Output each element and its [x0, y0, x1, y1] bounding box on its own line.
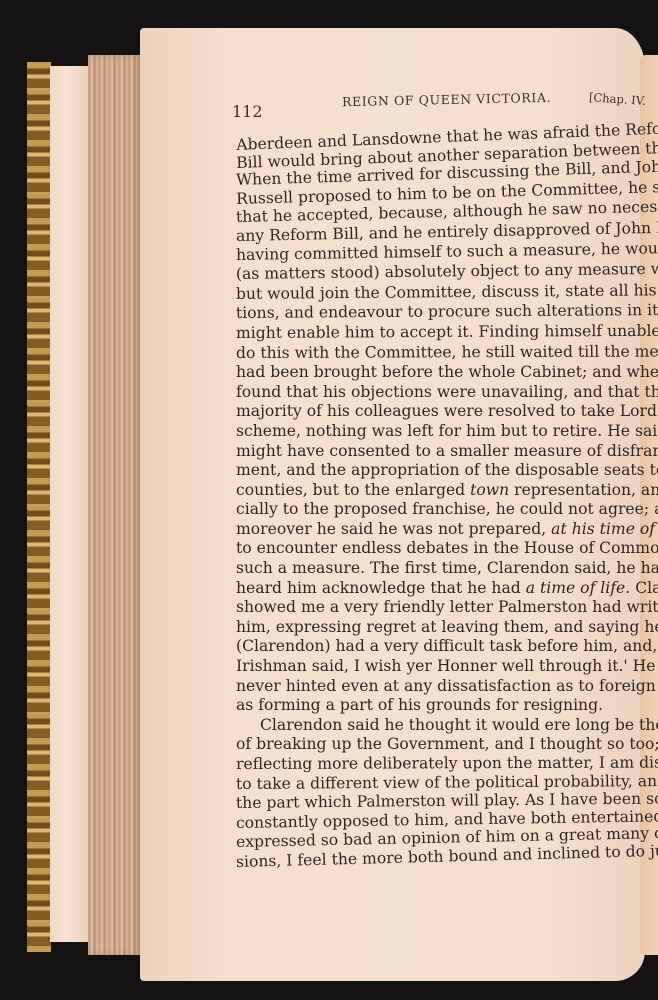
- text-line: of breaking up the Government, and I tho…: [236, 735, 636, 755]
- text-line: him, expressing regret at leaving them, …: [236, 618, 636, 638]
- text-line: reflecting more deliberately upon the ma…: [236, 754, 636, 775]
- text-line: never hinted even at any dissatisfaction…: [236, 677, 636, 697]
- text-line: to encounter endless debates in the Hous…: [236, 539, 636, 559]
- page-block-edge: [88, 55, 140, 955]
- text-line: heard him acknowledge that he had a time…: [236, 579, 636, 599]
- text-line: might have consented to a smaller measur…: [236, 442, 636, 462]
- text-line: moreover he said he was not prepared, at…: [236, 520, 636, 540]
- chapter-reference: [Chap. IV.: [589, 90, 647, 108]
- text-line: Irishman said, I wish yer Honner well th…: [236, 657, 636, 677]
- text-line: scheme, nothing was left for him but to …: [236, 422, 636, 442]
- text-line: cially to the proposed franchise, he cou…: [236, 500, 636, 520]
- text-line: majority of his colleagues were resolved…: [236, 402, 636, 422]
- text-line: tions, and endeavour to procure such alt…: [236, 302, 636, 324]
- text-line: (Clarendon) had a very difficult task be…: [236, 637, 636, 657]
- running-title: REIGN OF QUEEN VICTORIA.: [342, 90, 551, 109]
- text-line: Clarendon said he thought it would ere l…: [236, 716, 636, 736]
- text-line: do this with the Committee, he still wai…: [236, 342, 636, 363]
- text-line: showed me a very friendly letter Palmers…: [236, 598, 636, 618]
- page-header: 112 REIGN OF QUEEN VICTORIA. [Chap. IV.: [232, 92, 652, 122]
- text-line: had been brought before the whole Cabine…: [236, 363, 636, 383]
- gilt-cover-edge: [27, 62, 51, 952]
- endpaper: [50, 66, 89, 942]
- text-line: such a measure. The first time, Clarendo…: [236, 559, 636, 579]
- text-line: might enable him to accept it. Finding h…: [236, 322, 636, 344]
- page-body-text: Aberdeen and Lansdowne that he was afrai…: [236, 128, 636, 873]
- text-line: counties, but to the enlarged town repre…: [236, 481, 636, 501]
- text-line: as forming a part of his grounds for res…: [236, 696, 636, 716]
- text-line: found that his objections were unavailin…: [236, 383, 636, 403]
- text-line: ment, and the appropriation of the dispo…: [236, 461, 636, 481]
- page-number: 112: [232, 102, 263, 121]
